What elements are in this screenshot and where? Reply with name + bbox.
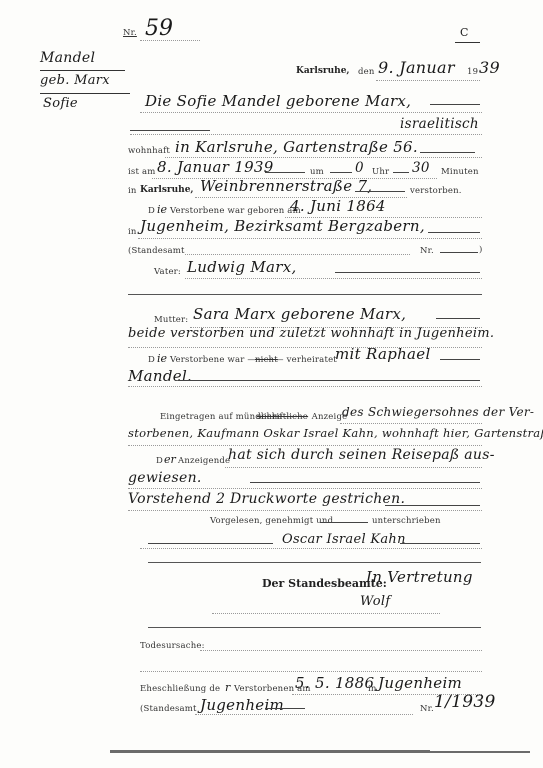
birth-place-fill-dash bbox=[428, 232, 480, 233]
residence-value: in Karlsruhe, Gartenstraße 56. bbox=[175, 138, 418, 156]
bottom-border-left bbox=[110, 750, 430, 753]
number-dotted-line bbox=[140, 40, 200, 41]
cause-of-death-dotted-line-2 bbox=[140, 671, 482, 672]
marital-surname-fill-dash bbox=[178, 380, 480, 381]
death-uhr-label: Uhr bbox=[372, 167, 389, 177]
marriage-nr-label: Nr. bbox=[420, 704, 434, 714]
informant-dotted-line bbox=[225, 467, 482, 468]
informant-label: Anzeigende bbox=[178, 456, 230, 466]
mother-fill-dash bbox=[436, 318, 480, 319]
birth-standesamt-label: (Standesamt bbox=[128, 246, 185, 256]
informant-prefix-hand: er bbox=[164, 453, 176, 466]
marital-prefix: D bbox=[148, 355, 155, 365]
number-label: Nr. bbox=[123, 28, 137, 38]
death-place-fill-dash bbox=[355, 191, 405, 192]
death-um-label: um bbox=[310, 167, 324, 177]
year-suffix: 39 bbox=[479, 58, 500, 77]
marriage-place: Jugenheim bbox=[378, 674, 462, 692]
mother-note: beide verstorben und zuletzt wohnhaft in… bbox=[128, 326, 494, 341]
death-minute-fill-dash bbox=[393, 172, 409, 173]
father-label: Vater: bbox=[154, 267, 181, 277]
marriage-date: 5. 5. 1886 bbox=[295, 674, 374, 692]
birth-prefix-hand: ie bbox=[157, 203, 167, 216]
death-minuten-label: Minuten bbox=[441, 167, 479, 177]
deceased-dotted-line bbox=[140, 112, 482, 113]
corner-letter: C bbox=[460, 26, 468, 39]
corner-underline bbox=[455, 42, 480, 43]
death-minutes: 30 bbox=[412, 160, 430, 176]
father-rule bbox=[128, 294, 482, 295]
religion-dotted-line bbox=[130, 134, 482, 135]
residence-fill-dash bbox=[420, 152, 475, 153]
death-hour: 0 bbox=[355, 160, 364, 176]
death-date-fill-dash bbox=[265, 172, 305, 173]
birth-standesamt-dotted-line bbox=[185, 254, 410, 255]
birth-prefix: D bbox=[148, 206, 155, 216]
father-dotted-line bbox=[185, 278, 482, 279]
death-date: 8. Januar 1939 bbox=[157, 158, 274, 176]
signature-right-dash bbox=[400, 543, 480, 544]
informant-dotted-line-2 bbox=[128, 488, 482, 489]
marital-dotted-line bbox=[128, 386, 482, 387]
birth-in-label: in bbox=[128, 227, 137, 237]
birth-nr-fill-dash bbox=[440, 252, 478, 253]
death-hour-fill-dash bbox=[330, 172, 352, 173]
year-prefix: 19 bbox=[467, 67, 478, 77]
registrar-dotted-line bbox=[212, 613, 440, 614]
margin-rule-1 bbox=[40, 70, 125, 71]
death-ist-am-label: ist am bbox=[128, 167, 156, 177]
den-label: den bbox=[358, 67, 375, 77]
signature-dotted-line bbox=[140, 548, 482, 549]
registrar-bottom-rule bbox=[148, 627, 481, 628]
registration-value-line1: des Schwiegersohnes der Ver- bbox=[342, 405, 534, 419]
informant-value-2: gewiesen. bbox=[128, 470, 202, 486]
bottom-border-right bbox=[395, 751, 530, 753]
registration-dotted-line-2 bbox=[128, 445, 482, 446]
date-dotted-line bbox=[376, 80, 480, 81]
signature-label-end: unterschrieben bbox=[372, 516, 441, 526]
marriage-standesamt-value: Jugenheim bbox=[200, 696, 284, 714]
marital-verheiratet-label: — verheiratet bbox=[275, 355, 337, 365]
birth-label: Verstorbene war geboren am bbox=[170, 206, 301, 216]
number-value: 59 bbox=[145, 16, 173, 41]
mother-value: Sara Marx geborene Marx, bbox=[193, 305, 406, 323]
birth-place: Jugenheim, Bezirksamt Bergzabern, bbox=[140, 217, 425, 235]
margin-surname: Mandel bbox=[40, 50, 95, 66]
margin-given-name: Sofie bbox=[43, 96, 78, 111]
death-register-page: Nr. 59 C Mandel geb. Marx Sofie Karlsruh… bbox=[0, 0, 543, 768]
cause-of-death-dotted-line bbox=[200, 650, 482, 651]
marital-spouse-surname: Mandel. bbox=[128, 367, 192, 385]
registrar-value: In Vertretung bbox=[366, 568, 473, 586]
registration-anzeige-label: — Anzeige bbox=[300, 412, 347, 422]
birth-nr-label: Nr. bbox=[420, 246, 434, 256]
city-label: Karlsruhe, bbox=[296, 66, 350, 76]
signature-value: Oscar Israel Kahn bbox=[282, 532, 406, 547]
religion-value: israelitisch bbox=[400, 116, 479, 132]
signature-left-dash bbox=[148, 543, 273, 544]
birth-date: 4. Juni 1864 bbox=[290, 197, 386, 215]
informant-prefix: D bbox=[156, 456, 163, 466]
correction-fill-dash bbox=[385, 505, 480, 506]
birth-place-dotted-line bbox=[138, 238, 482, 239]
death-city: Karlsruhe, bbox=[140, 185, 194, 195]
mother-label: Mutter: bbox=[154, 315, 188, 325]
margin-rule-2 bbox=[40, 93, 130, 94]
residence-label: wohnhaft bbox=[128, 146, 170, 156]
marital-prefix-hand: ie bbox=[157, 352, 167, 365]
date-handwritten: 9. Januar bbox=[378, 58, 455, 77]
marital-war-label: Verstorbene war — bbox=[170, 355, 256, 365]
marriage-standesamt-fill-dash bbox=[265, 708, 305, 709]
father-value: Ludwig Marx, bbox=[187, 258, 297, 276]
deceased-name: Die Sofie Mandel geborene Marx, bbox=[145, 92, 411, 110]
correction-dotted-line bbox=[128, 510, 482, 511]
marriage-in-label: in bbox=[368, 684, 377, 694]
informant-value: hat sich durch seinen Reisepaß aus- bbox=[228, 447, 495, 463]
marriage-nr-value: 1/1939 bbox=[434, 692, 496, 712]
margin-maiden-name: geb. Marx bbox=[40, 73, 110, 88]
death-place: Weinbrennerstraße 7, bbox=[200, 177, 372, 195]
death-verstorben-label: verstorben. bbox=[410, 186, 462, 196]
cause-of-death-label: Todesursache: bbox=[140, 641, 205, 651]
marriage-label-a: Eheschließung de bbox=[140, 684, 220, 694]
marital-spouse: mit Raphael bbox=[335, 345, 431, 363]
death-in-label: in bbox=[128, 186, 137, 196]
registration-value-line2: storbenen, Kaufmann Oskar Israel Kahn, w… bbox=[128, 426, 543, 440]
religion-fill-dash bbox=[130, 130, 210, 131]
registration-dotted-line-1 bbox=[340, 423, 482, 424]
birth-close-paren: ) bbox=[479, 245, 483, 255]
correction-note: Vorstehend 2 Druckworte gestrichen. bbox=[128, 491, 405, 507]
signature-label: Vorgelesen, genehmigt und bbox=[210, 516, 333, 526]
father-fill-dash bbox=[335, 272, 480, 273]
marriage-standesamt-label: (Standesamt bbox=[140, 704, 197, 714]
signature-fill-dash bbox=[320, 522, 368, 523]
marriage-label-hand: r bbox=[225, 681, 230, 694]
deceased-fill-dash bbox=[430, 104, 480, 105]
informant-fill-dash bbox=[250, 482, 480, 483]
marital-fill-dash bbox=[440, 359, 480, 360]
registrar-signature: Wolf bbox=[360, 594, 390, 609]
marriage-standesamt-dotted-line bbox=[195, 714, 413, 715]
registrar-top-rule bbox=[148, 562, 481, 563]
